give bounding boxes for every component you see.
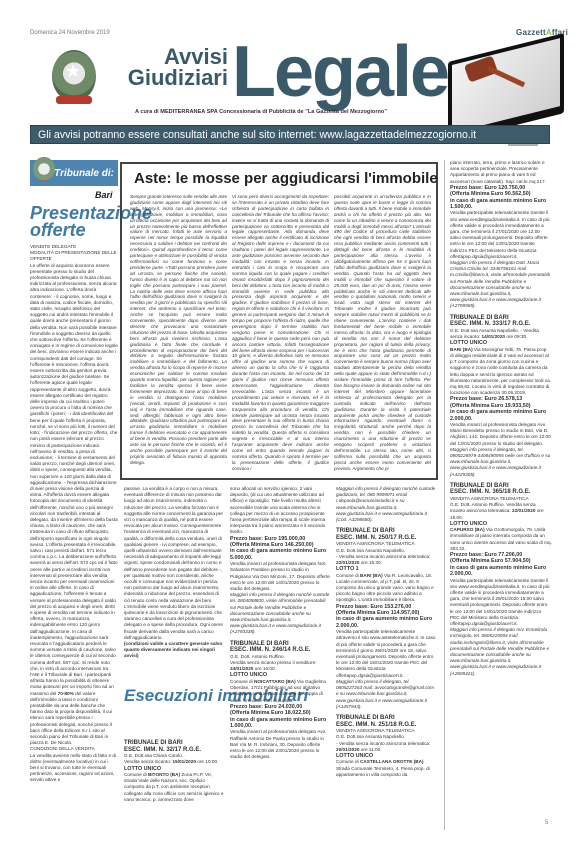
presentazione-offerte-heading: Presentazione offerte — [30, 205, 120, 239]
website-banner: Gli avvisi potranno essere consultati an… — [30, 125, 550, 144]
condizioni-vendita-continued: passive. La vendita è a corpo e non a mi… — [124, 486, 224, 686]
article-column-1: Sempre grande interesse sulle vendite al… — [130, 194, 227, 476]
tribunale-city: Bari — [95, 190, 113, 200]
curator-line: A cura di MEDITERRANEA SPA Concessionari… — [135, 109, 387, 115]
notice-column-right: piano interrato, terra, primo e lastrico… — [450, 160, 552, 820]
presentazione-offerte-body: VENDITE DELEGATE MODALITÀ DI PRESENTAZIO… — [30, 244, 118, 799]
notice-column-c: Maggiori info presso il delegato nonché … — [336, 486, 436, 841]
section-title-legale: Legale — [232, 36, 448, 108]
article-headline: Aste: le mosse per aggiudicarsi l'immobi… — [134, 170, 438, 187]
article-column-2: Vi sono però diversi accorgimenti da ris… — [232, 194, 329, 476]
article-column-3: possibili acquirenti in un'udienza pubbl… — [334, 194, 431, 476]
court-seal-icon — [33, 157, 55, 181]
feature-article: Aste: le mosse per aggiudicarsi l'immobi… — [120, 162, 438, 480]
notice-32-17: TRIBUNALE DI BARI ESEC. IMM. N. 32/17 R.… — [124, 735, 224, 835]
notice-column-b: sono allocati un servizio igienico, 2 va… — [230, 486, 330, 841]
italian-republic-emblem-icon: ★ — [52, 50, 96, 102]
issue-date: Domenica 24 Novembre 2019 — [30, 30, 110, 36]
column-divider — [444, 160, 445, 830]
page-number: 5 — [545, 820, 548, 826]
tribunale-header: Tribunale di: — [30, 160, 118, 186]
section-title-small: Avvisi Giudiziari — [118, 47, 228, 89]
